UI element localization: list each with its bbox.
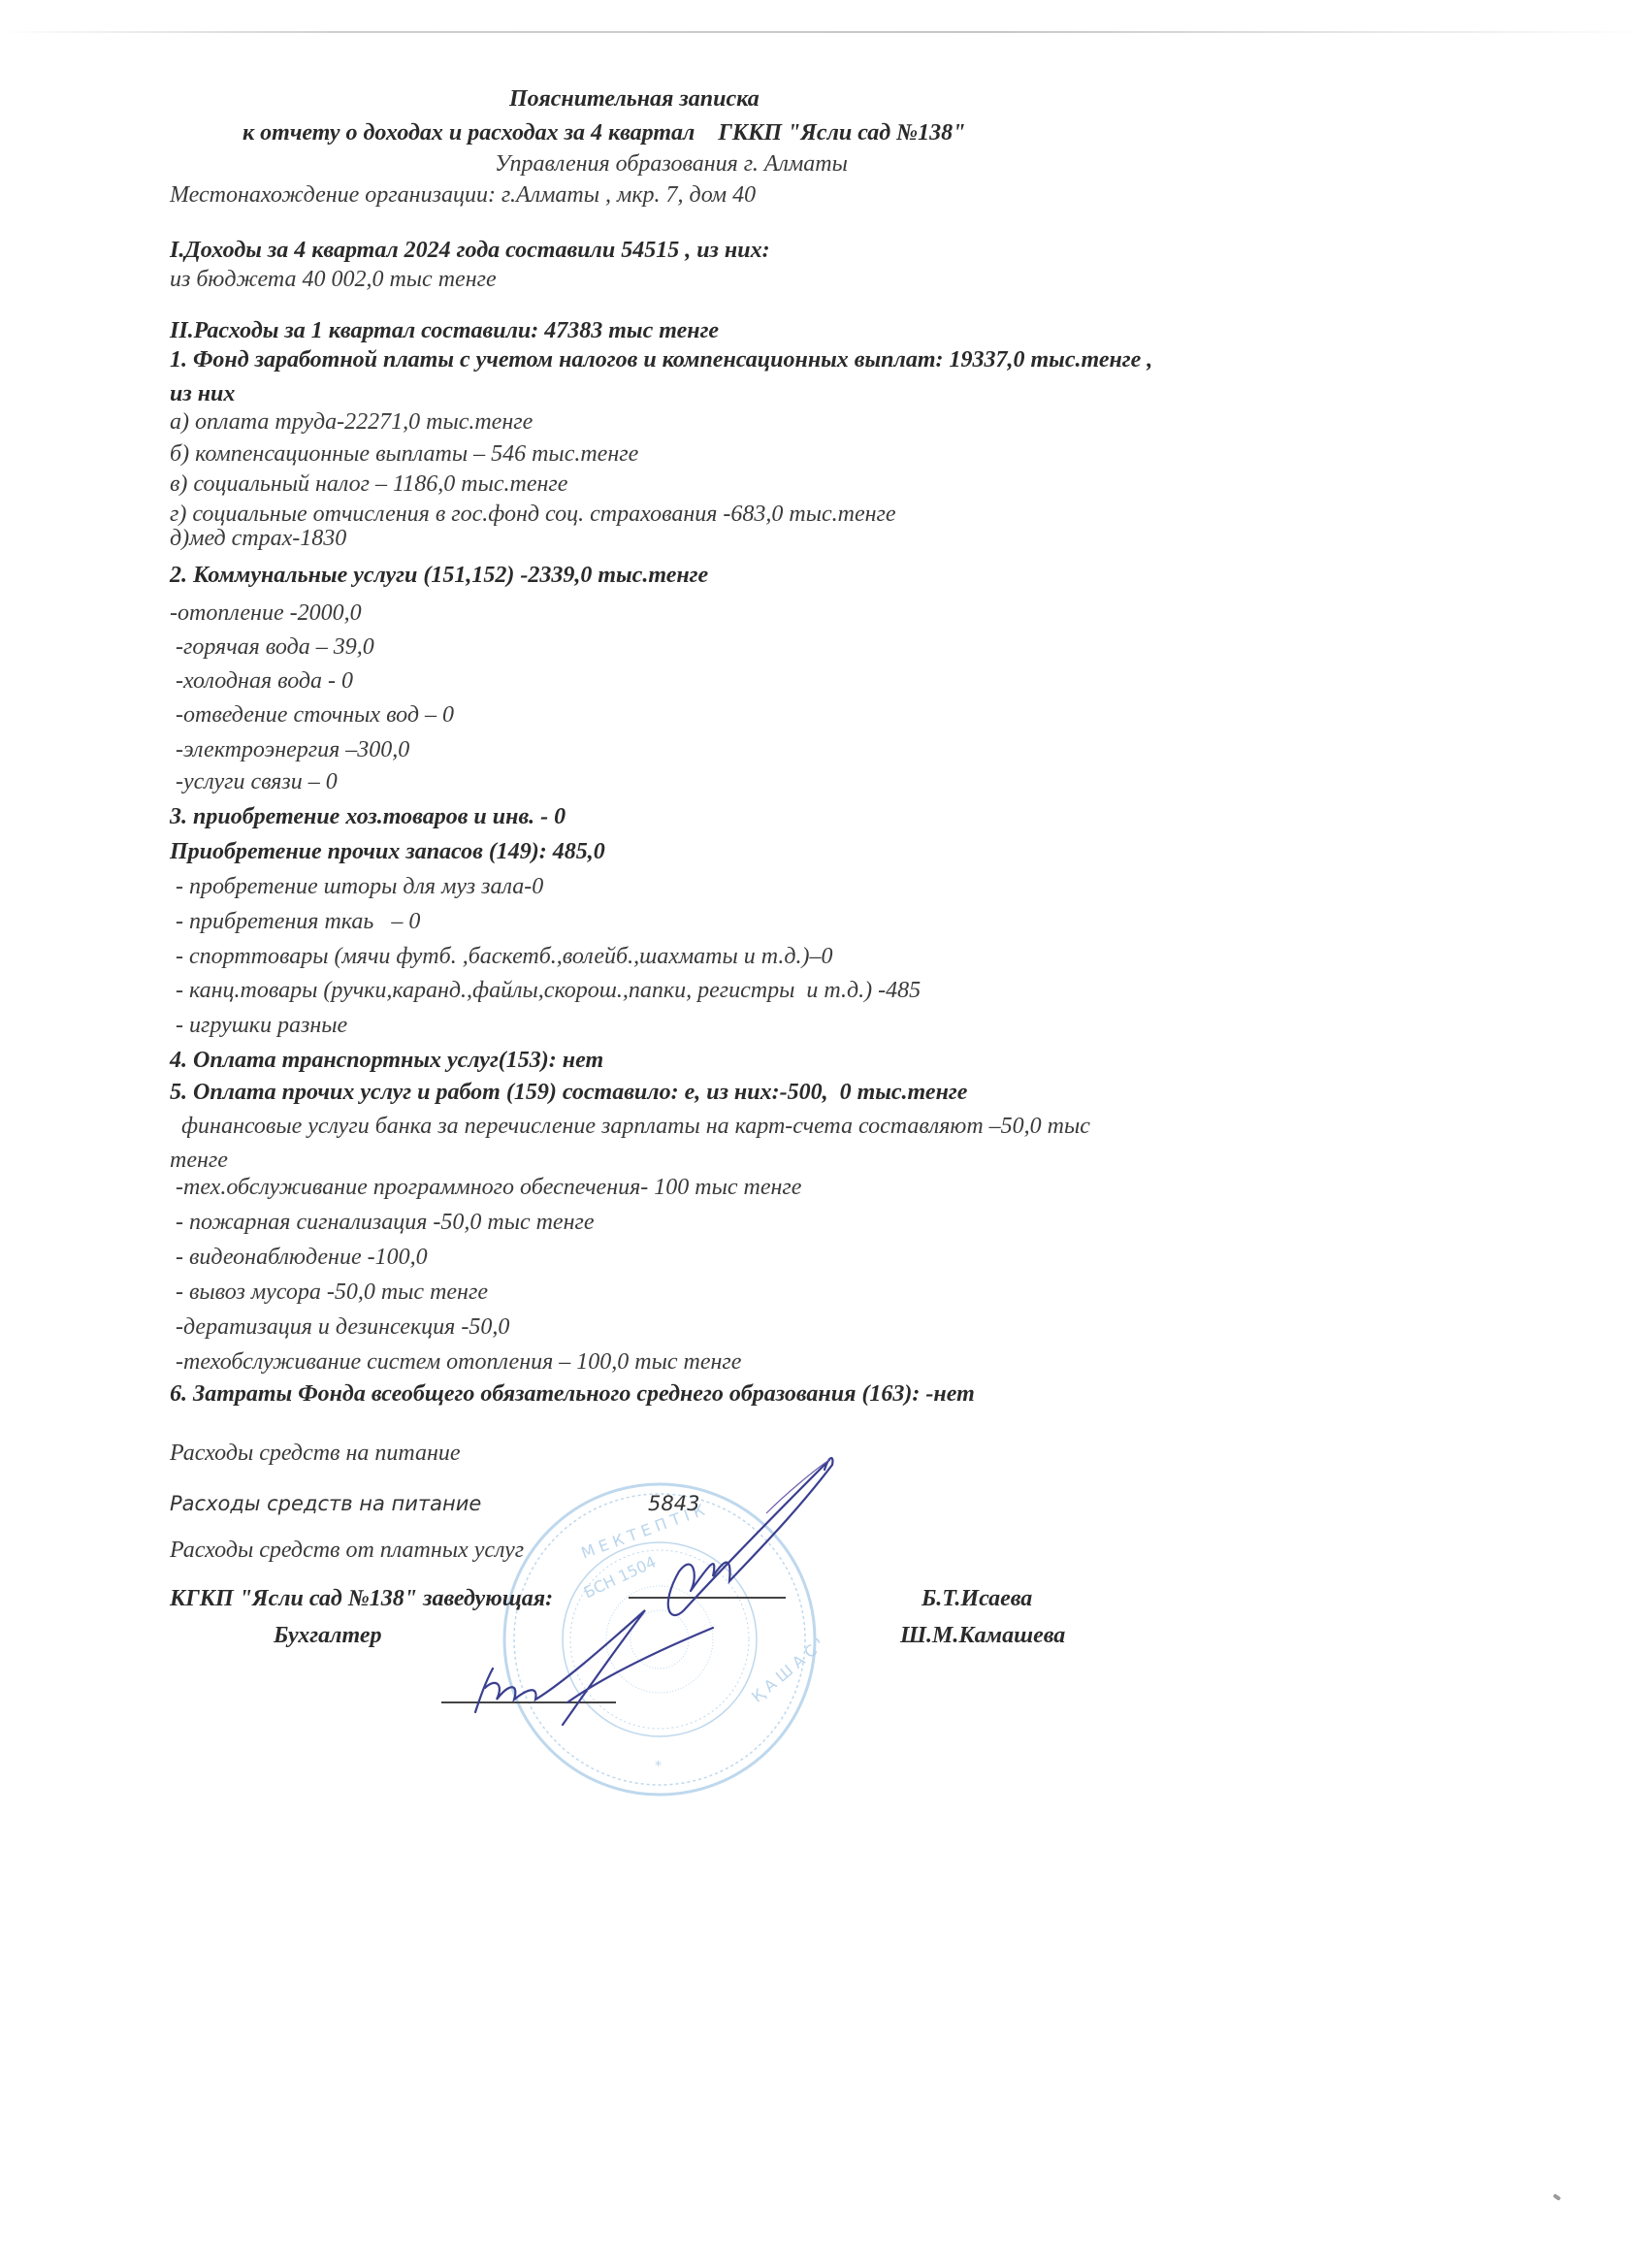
- service-item: - пожарная сигнализация -50,0 тыс тенге: [170, 1209, 595, 1236]
- utility-item: -горячая вода – 39,0: [170, 633, 374, 661]
- other-services-heading: 5. Оплата прочих услуг и работ (159) сос…: [170, 1079, 967, 1106]
- official-stamp-icon: М Е К Т Е П Т І К БСН 1504 Қ А Ш А С Ы *: [500, 1479, 820, 1799]
- education-fund-heading: 6. Затраты Фонда всеобщего обязательного…: [170, 1380, 975, 1408]
- payroll-item: г) социальные отчисления в гос.фонд соц.…: [170, 501, 896, 528]
- other-stock-heading: Приобретение прочих запасов (149): 485,0: [170, 838, 605, 865]
- payroll-item: а) оплата труда-22271,0 тыс.тенге: [170, 408, 533, 436]
- payroll-item: д)мед страх-1830: [170, 525, 346, 552]
- stock-item: - канц.товары (ручки,каранд.,файлы,скоро…: [170, 977, 921, 1004]
- paid-services-line: Расходы средств от платных услуг: [170, 1537, 524, 1564]
- stock-item: - игрушки разные: [170, 1012, 347, 1039]
- organization-location: Местонахождение организации: г.Алматы , …: [170, 181, 756, 209]
- svg-text:*: *: [655, 1759, 662, 1774]
- household-heading: 3. приобретение хоз.товаров и инв. - 0: [170, 803, 566, 830]
- stock-item: - прибретения ткаь – 0: [170, 908, 420, 935]
- service-item: - вывоз мусора -50,0 тыс тенге: [170, 1279, 488, 1306]
- utility-item: -холодная вода - 0: [170, 667, 353, 695]
- stock-item: - спорттовары (мячи футб. ,баскетб.,воле…: [170, 943, 833, 970]
- payroll-item: в) социальный налог – 1186,0 тыс.тенге: [170, 470, 567, 498]
- accountant-name: Ш.М.Камашева: [900, 1622, 1065, 1649]
- payroll-item: б) компенсационные выплаты – 546 тыс.тен…: [170, 440, 638, 468]
- utility-item: -отведение сточных вод – 0: [170, 701, 454, 729]
- svg-text:Қ А Ш А С Ы: Қ А Ш А С Ы: [748, 1629, 820, 1706]
- income-budget: из бюджета 40 002,0 тыс тенге: [170, 266, 497, 293]
- income-heading: I.Доходы за 4 квартал 2024 года составил…: [170, 237, 770, 264]
- director-name: Б.Т.Исаева: [921, 1585, 1032, 1612]
- stock-item: - пробретение шторы для муз зала-0: [170, 873, 543, 900]
- scan-artifact-line: [0, 31, 1649, 33]
- utility-item: -отопление -2000,0: [170, 599, 362, 627]
- food-expenses-label: Расходы средств на питание: [170, 1490, 481, 1517]
- service-item: -тех.обслуживание программного обеспечен…: [170, 1174, 801, 1201]
- accountant-label: Бухгалтер: [274, 1622, 381, 1649]
- utility-item: -услуги связи – 0: [170, 768, 338, 795]
- food-expenses-value: 5843: [648, 1490, 699, 1517]
- director-label: КГКП "Ясли сад №138" заведующая:: [170, 1585, 553, 1612]
- service-item: -дератизация и дезинсекция -50,0: [170, 1313, 509, 1341]
- service-item: тенге: [170, 1147, 228, 1174]
- service-item: -техобслуживание систем отопления – 100,…: [170, 1348, 741, 1376]
- food-expenses-line: Расходы средств на питание: [170, 1440, 461, 1467]
- payroll-heading: 1. Фонд заработной платы с учетом налого…: [170, 346, 1152, 373]
- service-item: - видеонаблюдение -100,0: [170, 1244, 428, 1271]
- payroll-heading-cont: из них: [170, 380, 235, 407]
- document-subtitle: к отчету о доходах и расходах за 4 кварт…: [242, 119, 965, 146]
- scan-speck: [1553, 2193, 1562, 2201]
- department: Управления образования г. Алматы: [495, 150, 848, 178]
- document-title: Пояснительная записка: [509, 85, 760, 113]
- utilities-heading: 2. Коммунальные услуги (151,152) -2339,0…: [170, 562, 708, 589]
- utility-item: -электроэнергия –300,0: [170, 736, 409, 763]
- transport-heading: 4. Оплата транспортных услуг(153): нет: [170, 1047, 603, 1074]
- expenses-heading: II.Расходы за 1 квартал составили: 47383…: [170, 317, 719, 344]
- service-item: финансовые услуги банка за перечисление …: [170, 1113, 1090, 1140]
